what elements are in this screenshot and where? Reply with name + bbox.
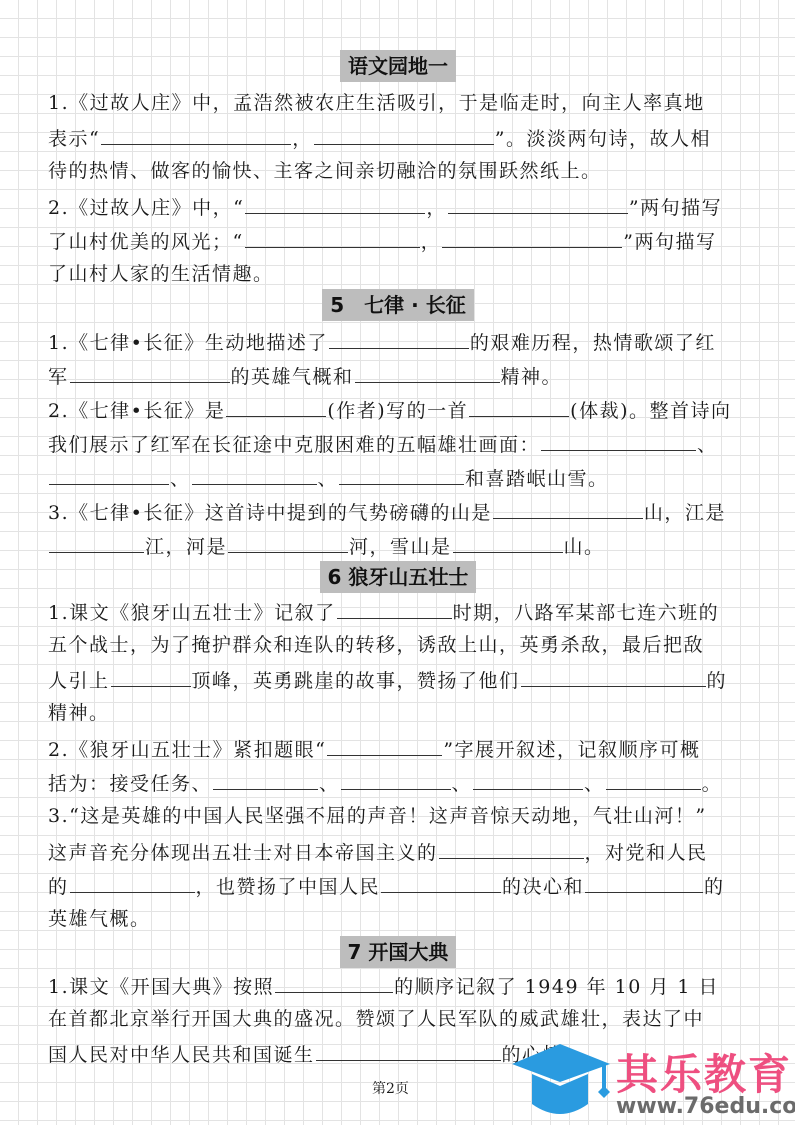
text: 精神。	[48, 702, 110, 724]
question-line: 括为：接受任务、、、、。	[48, 769, 748, 797]
fill-blank[interactable]	[314, 124, 494, 145]
text: 江，河是	[145, 536, 227, 558]
question-line: 待的热情、做客的愉快、主客之间亲切融洽的氛围跃然纸上。	[48, 158, 748, 184]
fill-blank[interactable]	[469, 396, 569, 417]
fill-blank[interactable]	[101, 124, 291, 145]
text: ”两句描写	[629, 197, 722, 219]
text: 2.《七律•长征》是	[48, 400, 225, 422]
text: 五个战士，为了掩护群众和连队的转移，诱敌上山，英勇杀敌，最后把敌	[48, 634, 704, 656]
question-line: 2.《七律•长征》是(作者)写的一首(体裁)。整首诗向	[48, 396, 748, 424]
fill-blank[interactable]	[316, 1040, 501, 1061]
question-line: 3.“这是英雄的中国人民坚强不屈的声音！这声音惊天动地，气壮山河！”	[48, 803, 748, 829]
fill-blank[interactable]	[541, 430, 696, 451]
fill-blank[interactable]	[453, 532, 563, 553]
text: ，	[421, 231, 442, 253]
fill-blank[interactable]	[245, 227, 420, 248]
fill-blank[interactable]	[521, 666, 706, 687]
question-line: 了山村人家的生活情趣。	[48, 261, 748, 287]
fill-blank[interactable]	[49, 464, 169, 485]
question-line: 1.《过故人庄》中，孟浩然被农庄生活吸引，于是临走时，向主人率真地	[48, 90, 748, 116]
fill-blank[interactable]	[49, 532, 144, 553]
text: 的艰难历程，热情歌颂了红	[470, 332, 716, 354]
text: 1.课文《狼牙山五壮士》记叙了	[48, 602, 336, 624]
fill-blank[interactable]	[70, 872, 195, 893]
text: 军	[48, 366, 69, 388]
fill-blank[interactable]	[327, 735, 442, 756]
fill-blank[interactable]	[355, 362, 500, 383]
text: ”两句描写	[623, 231, 716, 253]
question-line: 人引上顶峰，英勇跳崖的故事，赞扬了他们的	[48, 666, 748, 694]
text: 2.《狼牙山五壮士》紧扣题眼“	[48, 739, 326, 761]
text: 河，雪山是	[349, 536, 452, 558]
text: 1.《七律•长征》生动地描述了	[48, 332, 328, 354]
section-heading-changzheng: 5 七律 · 长征	[48, 289, 748, 321]
fill-blank[interactable]	[439, 838, 584, 859]
page-number: 第2页	[372, 1078, 409, 1098]
graduation-cap-icon	[512, 1042, 622, 1122]
text: 的	[707, 670, 728, 692]
text: ，对党和人民	[585, 842, 708, 864]
text: 1.《过故人庄》中，孟浩然被农庄生活吸引，于是临走时，向主人率真地	[48, 92, 705, 114]
text: 这声音充分体现出五壮士对日本帝国主义的	[48, 842, 438, 864]
text: 待的热情、做客的愉快、主客之间亲切融洽的氛围跃然纸上。	[48, 160, 602, 182]
fill-blank[interactable]	[337, 598, 452, 619]
text: 表示“	[48, 128, 100, 150]
question-line: 1.课文《开国大典》按照的顺序记叙了 1949 年 10 月 1 日	[48, 972, 748, 1000]
section-heading-yuwen-yuandi: 语文园地一	[48, 50, 748, 82]
text: 、	[319, 773, 340, 795]
question-line: 五个战士，为了掩护群众和连队的转移，诱敌上山，英勇杀敌，最后把敌	[48, 632, 748, 658]
text: ，	[426, 197, 447, 219]
text: 2.《过故人庄》中，“	[48, 197, 244, 219]
fill-blank[interactable]	[339, 464, 464, 485]
text: 的	[704, 876, 725, 898]
text: ”。淡淡两句诗，故人相	[495, 128, 711, 150]
text: 的决心和	[502, 876, 584, 898]
text: 。	[702, 773, 723, 795]
fill-blank[interactable]	[606, 769, 701, 790]
question-line: 了山村优美的风光；“，”两句描写	[48, 227, 748, 255]
text: 英雄气概。	[48, 908, 151, 930]
question-line: 精神。	[48, 700, 748, 726]
text: 精神。	[501, 366, 563, 388]
text: 和喜踏岷山雪。	[465, 468, 609, 490]
question-line: 1.课文《狼牙山五壮士》记叙了时期，八路军某部七连六班的	[48, 598, 748, 626]
question-line: 这声音充分体现出五壮士对日本帝国主义的，对党和人民	[48, 838, 748, 866]
text: 国人民对中华人民共和国诞生	[48, 1044, 315, 1066]
text: 、	[584, 773, 605, 795]
text: ”字展开叙述，记叙顺序可概	[443, 739, 700, 761]
fill-blank[interactable]	[70, 362, 230, 383]
text: 山。	[564, 536, 605, 558]
text: 、	[170, 468, 191, 490]
question-line: 我们展示了红军在长征途中克服困难的五幅雄壮画面：、	[48, 430, 748, 458]
text: (作者)写的一首	[327, 400, 468, 422]
section-heading-kaiguo-dadian: 7 开国大典	[48, 936, 748, 968]
fill-blank[interactable]	[245, 193, 425, 214]
brand-name: 其乐教育	[616, 1042, 792, 1102]
fill-blank[interactable]	[192, 464, 317, 485]
text: ，	[292, 128, 313, 150]
question-line: 江，河是河，雪山是山。	[48, 532, 748, 560]
text: 3.“这是英雄的中国人民坚强不屈的声音！这声音惊天动地，气壮山河！”	[48, 805, 707, 827]
text: 顶峰，英勇跳崖的故事，赞扬了他们	[192, 670, 520, 692]
question-line: 1.《七律•长征》生动地描述了的艰难历程，热情歌颂了红	[48, 328, 748, 356]
question-line: 3.《七律•长征》这首诗中提到的气势磅礴的山是山，江是	[48, 498, 748, 526]
text: 人引上	[48, 670, 110, 692]
text: ，也赞扬了中国人民	[196, 876, 381, 898]
heading-text: 6 狼牙山五壮士	[320, 561, 477, 593]
fill-blank[interactable]	[228, 532, 348, 553]
question-line: 2.《狼牙山五壮士》紧扣题眼“”字展开叙述，记叙顺序可概	[48, 735, 748, 763]
question-line: 、、和喜踏岷山雪。	[48, 464, 748, 492]
fill-blank[interactable]	[493, 498, 643, 519]
question-line: 的，也赞扬了中国人民的决心和的	[48, 872, 748, 900]
text: 了山村人家的生活情趣。	[48, 263, 274, 285]
heading-text: 语文园地一	[340, 50, 456, 82]
text: 时期，八路军某部七连六班的	[453, 602, 720, 624]
fill-blank[interactable]	[448, 193, 628, 214]
text: 、	[318, 468, 339, 490]
fill-blank[interactable]	[381, 872, 501, 893]
text: 山，江是	[644, 502, 726, 524]
text: 括为：接受任务、	[48, 773, 212, 795]
heading-text: 5 七律 · 长征	[322, 289, 473, 321]
fill-blank[interactable]	[585, 872, 703, 893]
fill-blank[interactable]	[111, 666, 191, 687]
text: 的英雄气概和	[231, 366, 354, 388]
fill-blank[interactable]	[213, 769, 318, 790]
fill-blank[interactable]	[226, 396, 326, 417]
fill-blank[interactable]	[473, 769, 583, 790]
section-heading-langyashan: 6 狼牙山五壮士	[48, 561, 748, 593]
text: 我们展示了红军在长征途中克服困难的五幅雄壮画面：	[48, 434, 540, 456]
text: 的顺序记叙了 1949 年 10 月 1 日	[394, 976, 719, 998]
question-line: 英雄气概。	[48, 906, 748, 932]
question-line: 2.《过故人庄》中，“，”两句描写	[48, 193, 748, 221]
text: (体裁)。整首诗向	[570, 400, 731, 422]
text: 、	[697, 434, 718, 456]
fill-blank[interactable]	[275, 972, 393, 993]
fill-blank[interactable]	[341, 769, 451, 790]
brand-url: www.76edu.com	[616, 1094, 795, 1119]
text: 3.《七律•长征》这首诗中提到的气势磅礴的山是	[48, 502, 492, 524]
text: 在首都北京举行开国大典的盛况。赞颂了人民军队的威武雄壮，表达了中	[48, 1008, 704, 1030]
text: 1.课文《开国大典》按照	[48, 976, 274, 998]
heading-text: 7 开国大典	[340, 936, 457, 968]
text: 、	[452, 773, 473, 795]
fill-blank[interactable]	[329, 328, 469, 349]
fill-blank[interactable]	[442, 227, 622, 248]
question-line: 表示“，”。淡淡两句诗，故人相	[48, 124, 748, 152]
watermark-logo: 其乐教育 www.76edu.com	[512, 1042, 795, 1122]
question-line: 在首都北京举行开国大典的盛况。赞颂了人民军队的威武雄壮，表达了中	[48, 1006, 748, 1032]
text: 的	[48, 876, 69, 898]
text: 了山村优美的风光；“	[48, 231, 244, 253]
question-line: 军的英雄气概和精神。	[48, 362, 748, 390]
